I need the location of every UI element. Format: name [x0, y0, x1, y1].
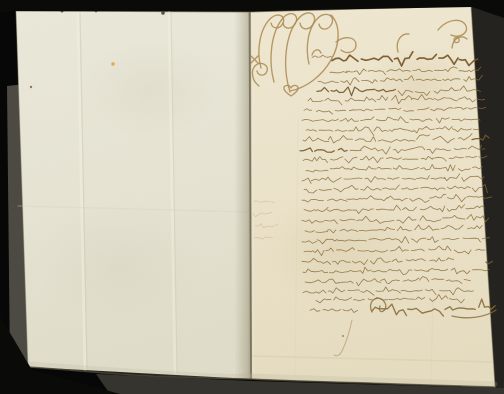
ink-speck — [161, 11, 165, 15]
ink-speck — [111, 62, 114, 65]
manuscript-photo — [0, 0, 504, 394]
manuscript-photo-canvas — [0, 0, 504, 394]
ink-speck — [342, 335, 344, 337]
ink-speck — [30, 86, 32, 88]
